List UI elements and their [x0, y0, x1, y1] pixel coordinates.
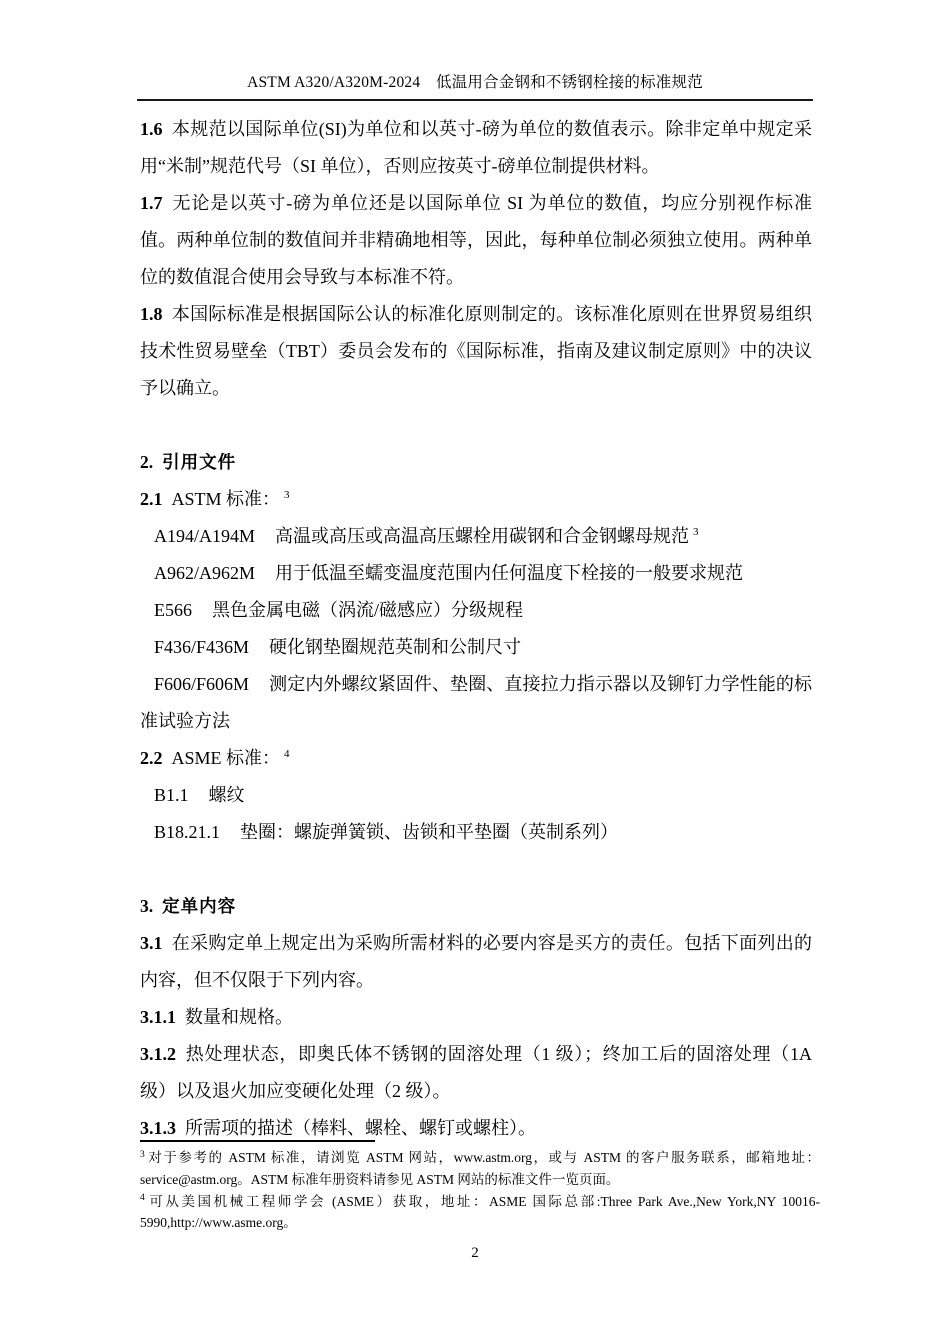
heading-text: 引用文件	[162, 452, 236, 472]
para-2-2: 2.2ASME 标准：4	[140, 740, 812, 777]
section-number: 2.2	[140, 748, 163, 768]
section-number: 1.8	[140, 304, 163, 324]
standard-title: 垫圈：螺旋弹簧锁、齿锁和平垫圈（英制系列）	[240, 822, 618, 842]
standard-code: E566	[154, 600, 192, 620]
ref-item-f436: F436/F436M硬化钢垫圈规范英制和公制尺寸	[140, 629, 812, 666]
para-2-1: 2.1ASTM 标准：3	[140, 481, 812, 518]
para-1-8: 1.8本国际标准是根据国际公认的标准化原则制定的。该标准化原则在世界贸易组织技术…	[140, 296, 812, 407]
footnote-text: 对于参考的 ASTM 标准，请浏览 ASTM 网站，www.astm.org，或…	[140, 1150, 820, 1187]
para-text: ASTM 标准：	[172, 489, 281, 509]
section-number: 2.1	[140, 489, 163, 509]
ref-item-f606: F606/F606M测定内外螺纹紧固件、垫圈、直接拉力指示器以及铆钉力学性能的标…	[140, 666, 812, 740]
standard-title: 硬化钢垫圈规范英制和公制尺寸	[269, 637, 521, 657]
para-3-1-1: 3.1.1数量和规格。	[140, 999, 812, 1036]
standard-code: B1.1	[154, 785, 189, 805]
standard-code: F606/F606M	[154, 674, 249, 694]
ref-item-b18-21-1: B18.21.1垫圈：螺旋弹簧锁、齿锁和平垫圈（英制系列）	[140, 814, 812, 851]
footnote-separator-rule	[140, 1140, 375, 1142]
standard-code: B18.21.1	[154, 822, 220, 842]
heading-number: 2.	[140, 452, 153, 472]
para-text: 本规范以国际单位(SI)为单位和以英寸-磅为单位的数值表示。除非定单中规定采用“…	[140, 119, 812, 176]
section-number: 3.1.2	[140, 1044, 176, 1064]
standard-code: F436/F436M	[154, 637, 249, 657]
page-number: 2	[0, 1245, 950, 1262]
footnote-marker: 3	[284, 489, 290, 501]
section-number: 1.7	[140, 193, 163, 213]
section-number: 1.6	[140, 119, 163, 139]
para-3-1-2: 3.1.2热处理状态，即奥氏体不锈钢的固溶处理（1 级）；终加工后的固溶处理（1…	[140, 1036, 812, 1110]
standard-title: 螺纹	[209, 785, 245, 805]
para-text: 所需项的描述（棒料、螺栓、螺钉或螺柱）。	[185, 1118, 536, 1138]
ref-item-a962: A962/A962M用于低温至蠕变温度范围内任何温度下栓接的一般要求规范	[140, 555, 812, 592]
heading-number: 3.	[140, 896, 153, 916]
standard-code: A194/A194M	[154, 526, 255, 546]
para-text: 在采购定单上规定出为采购所需材料的必要内容是买方的责任。包括下面列出的内容，但不…	[140, 933, 812, 990]
header-title: ASTM A320/A320M-2024 低温用合金钢和不锈钢栓接的标准规范	[247, 74, 703, 91]
footnote-marker: 3	[693, 526, 699, 538]
para-text: 数量和规格。	[185, 1007, 293, 1027]
para-text: ASME 标准：	[172, 748, 281, 768]
footnote-number: 4	[140, 1193, 145, 1203]
document-page: ASTM A320/A320M-2024 低温用合金钢和不锈钢栓接的标准规范 1…	[0, 0, 950, 1344]
para-text: 热处理状态，即奥氏体不锈钢的固溶处理（1 级）；终加工后的固溶处理（1A 级）以…	[140, 1044, 812, 1101]
para-text: 无论是以英寸-磅为单位还是以国际单位 SI 为单位的数值，均应分别视作标准值。两…	[140, 193, 812, 287]
ref-item-a194: A194/A194M高温或高压或高温高压螺栓用碳钢和合金钢螺母规范3	[140, 518, 812, 555]
section-heading-2: 2.引用文件	[140, 444, 812, 481]
ref-item-b1-1: B1.1螺纹	[140, 777, 812, 814]
footnote-marker: 4	[284, 748, 290, 760]
para-1-7: 1.7无论是以英寸-磅为单位还是以国际单位 SI 为单位的数值，均应分别视作标准…	[140, 185, 812, 296]
para-1-6: 1.6本规范以国际单位(SI)为单位和以英寸-磅为单位的数值表示。除非定单中规定…	[140, 111, 812, 185]
footnote-number: 3	[140, 1150, 145, 1160]
footnote-text: 可从美国机械工程师学会 (ASME）获取，地址：ASME 国际总部:Three …	[140, 1194, 820, 1231]
para-text: 本国际标准是根据国际公认的标准化原则制定的。该标准化原则在世界贸易组织技术性贸易…	[140, 304, 812, 398]
running-header: ASTM A320/A320M-2024 低温用合金钢和不锈钢栓接的标准规范	[137, 70, 813, 101]
ref-item-e566: E566黑色金属电磁（涡流/磁感应）分级规程	[140, 592, 812, 629]
footnotes-area: 3对于参考的 ASTM 标准，请浏览 ASTM 网站，www.astm.org，…	[140, 1140, 820, 1234]
section-number: 3.1.3	[140, 1118, 176, 1138]
section-heading-3: 3.定单内容	[140, 888, 812, 925]
para-3-1: 3.1在采购定单上规定出为采购所需材料的必要内容是买方的责任。包括下面列出的内容…	[140, 925, 812, 999]
document-body: 1.6本规范以国际单位(SI)为单位和以英寸-磅为单位的数值表示。除非定单中规定…	[140, 111, 812, 1147]
footnote-4: 4可从美国机械工程师学会 (ASME）获取，地址：ASME 国际总部:Three…	[140, 1191, 820, 1235]
standard-title: 高温或高压或高温高压螺栓用碳钢和合金钢螺母规范	[275, 526, 689, 546]
standard-title: 用于低温至蠕变温度范围内任何温度下栓接的一般要求规范	[275, 563, 743, 583]
standard-code: A962/A962M	[154, 563, 255, 583]
footnote-3: 3对于参考的 ASTM 标准，请浏览 ASTM 网站，www.astm.org，…	[140, 1147, 820, 1191]
section-number: 3.1	[140, 933, 163, 953]
heading-text: 定单内容	[162, 896, 236, 916]
standard-title: 黑色金属电磁（涡流/磁感应）分级规程	[212, 600, 523, 620]
section-number: 3.1.1	[140, 1007, 176, 1027]
